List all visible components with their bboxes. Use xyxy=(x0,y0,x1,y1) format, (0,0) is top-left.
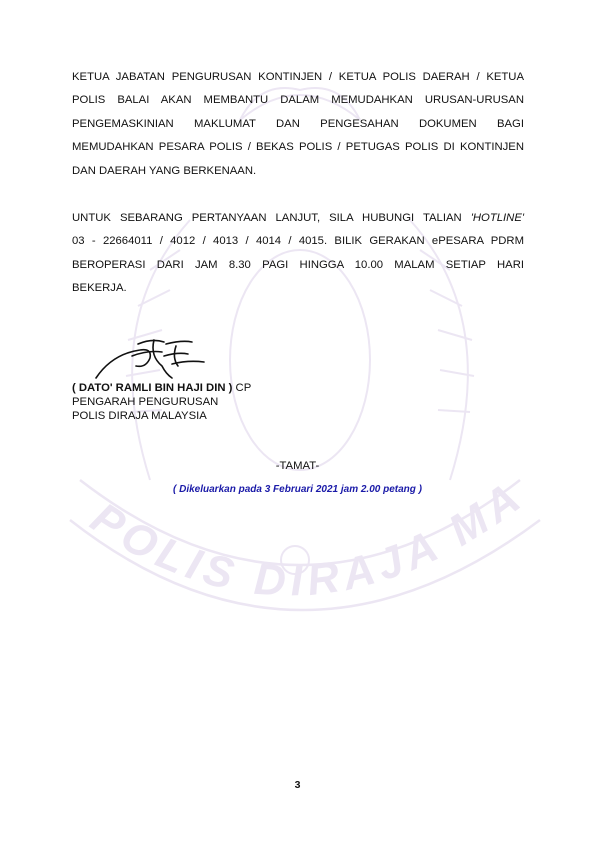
paragraph-assistance: KETUA JABATAN PENGURUSAN KONTINJEN / KET… xyxy=(72,66,524,183)
end-marker: -TAMAT- xyxy=(0,460,595,472)
signatory-name: ( DATO' RAMLI BIN HAJI DIN ) CP xyxy=(72,381,251,395)
paragraph-line: DAN DAERAH YANG BERKENAAN. xyxy=(72,160,524,183)
hotline-intro: UNTUK SEBARANG PERTANYAAN LANJUT, SILA H… xyxy=(72,212,462,224)
paragraph-hotline: UNTUK SEBARANG PERTANYAAN LANJUT, SILA H… xyxy=(72,207,524,301)
page-number: 3 xyxy=(0,779,595,791)
signatory-block: ( DATO' RAMLI BIN HAJI DIN ) CP PENGARAH… xyxy=(72,381,251,423)
paragraph-line: PENGEMASKINIAN MAKLUMAT DAN PENGESAHAN D… xyxy=(72,113,524,136)
handwritten-signature xyxy=(92,336,212,380)
paragraph-line: BEKERJA. xyxy=(72,277,524,300)
hotline-numbers: 03 - 22664011 / 4012 / 4013 / 4014 / 401… xyxy=(72,230,524,253)
paragraph-line: KETUA JABATAN PENGURUSAN KONTINJEN / KET… xyxy=(72,66,524,89)
hotline-label: 'HOTLINE' xyxy=(471,212,524,224)
signatory-title: PENGARAH PENGURUSAN xyxy=(72,395,251,409)
paragraph-line: BEROPERASI DARI JAM 8.30 PAGI HINGGA 10.… xyxy=(72,254,524,277)
issued-date: ( Dikeluarkan pada 3 Februari 2021 jam 2… xyxy=(0,484,595,495)
paragraph-line: POLIS BALAI AKAN MEMBANTU DALAM MEMUDAHK… xyxy=(72,89,524,112)
paragraph-line: UNTUK SEBARANG PERTANYAAN LANJUT, SILA H… xyxy=(72,207,524,230)
paragraph-line: MEMUDAHKAN PESARA POLIS / BEKAS POLIS / … xyxy=(72,136,524,159)
signatory-organization: POLIS DIRAJA MALAYSIA xyxy=(72,409,251,423)
